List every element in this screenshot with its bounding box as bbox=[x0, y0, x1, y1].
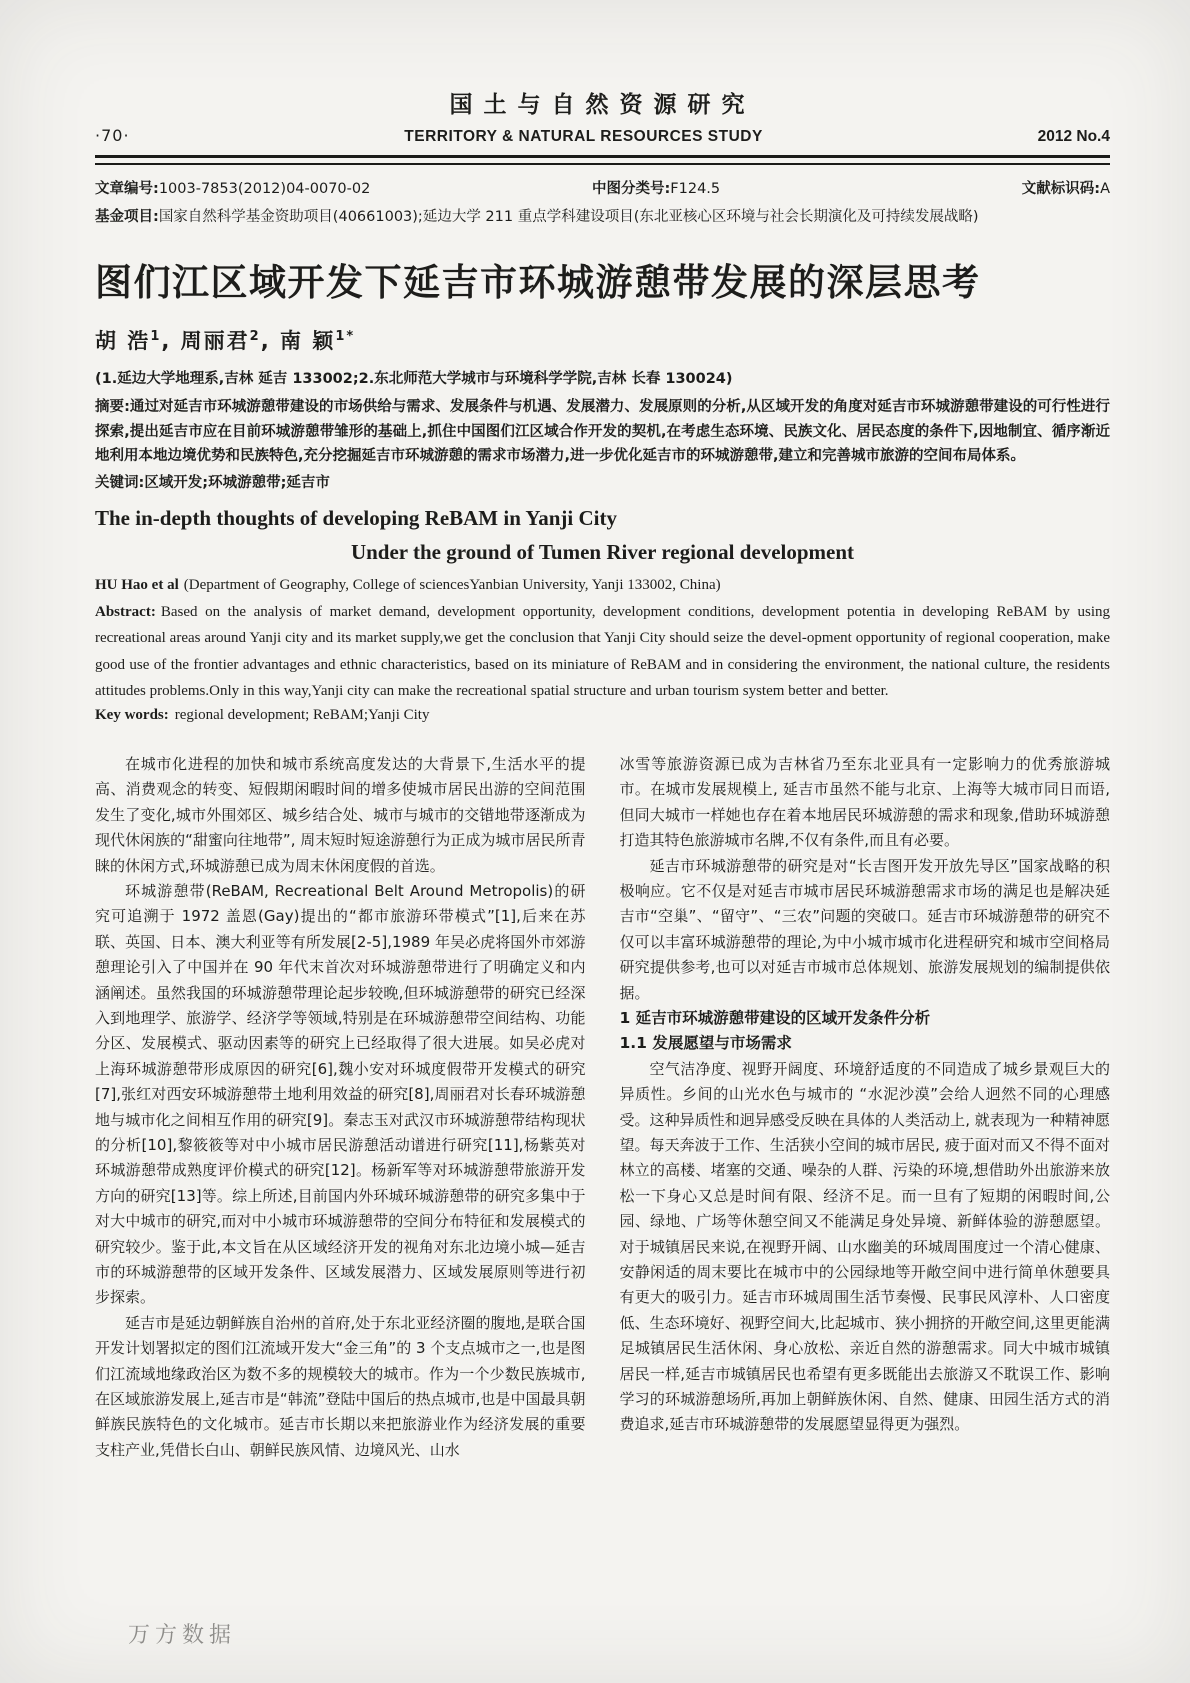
body-paragraph: 延吉市是延边朝鲜族自治州的首府,处于东北亚经济圈的腹地,是联合国开发计划署拟定的… bbox=[95, 1311, 586, 1463]
article-title-cn: 图们江区域开发下延吉市环城游憩带发展的深层思考 bbox=[95, 261, 1110, 305]
authors-affiliation-en: HU Hao et al(Department of Geography, Co… bbox=[95, 577, 1110, 594]
fund-project: 基金项目:国家自然科学基金资助项目(40661003);延边大学 211 重点学… bbox=[95, 204, 1110, 231]
journal-title-cn: 国土与自然资源研究 bbox=[95, 86, 1110, 119]
document-code: 文献标识码:A bbox=[1022, 177, 1110, 198]
body-paragraph: 环城游憩带(ReBAM, Recreational Belt Around Me… bbox=[95, 879, 586, 1311]
author-superscript: 1* bbox=[335, 329, 355, 344]
author-superscript: 1 bbox=[150, 329, 161, 344]
right-column: 冰雪等旅游资源已成为吉林省乃至东北亚具有一定影响力的优秀旅游城市。在城市发展规模… bbox=[620, 752, 1111, 1463]
title-en-line1: The in-depth thoughts of developing ReBA… bbox=[95, 506, 1110, 531]
author-line: 胡 浩1, 周丽君2, 南 颖1* bbox=[95, 325, 1110, 355]
body-paragraph: 空气洁净度、视野开阔度、环境舒适度的不同造成了城乡景观巨大的异质性。乡间的山光水… bbox=[620, 1057, 1111, 1438]
body-columns: 在城市化进程的加快和城市系统高度发达的大背景下,生活水平的提高、消费观念的转变、… bbox=[95, 752, 1110, 1463]
page-number: ·70· bbox=[95, 126, 130, 145]
article-meta: 文章编号:1003-7853(2012)04-0070-02 中图分类号:F12… bbox=[95, 177, 1110, 231]
body-paragraph: 冰雪等旅游资源已成为吉林省乃至东北亚具有一定影响力的优秀旅游城市。在城市发展规模… bbox=[620, 752, 1111, 854]
subsection-heading: 1.1 发展愿望与市场需求 bbox=[620, 1031, 1111, 1056]
author: 南 颖1* bbox=[280, 329, 355, 353]
author: 胡 浩1, bbox=[95, 329, 171, 353]
header-divider bbox=[95, 155, 1110, 165]
section-heading: 1 延吉市环城游憩带建设的区域开发条件分析 bbox=[620, 1006, 1111, 1031]
journal-title-en: TERRITORY & NATURAL RESOURCES STUDY bbox=[404, 128, 763, 146]
article-title-en: The in-depth thoughts of developing ReBA… bbox=[95, 506, 1110, 565]
keywords-en: Key words:regional development; ReBAM;Ya… bbox=[95, 707, 1110, 724]
journal-header: 国土与自然资源研究 ·70· TERRITORY & NATURAL RESOU… bbox=[95, 86, 1110, 165]
scanned-paper-page: 国土与自然资源研究 ·70· TERRITORY & NATURAL RESOU… bbox=[0, 0, 1190, 1683]
wanfang-watermark: 万方数据 bbox=[128, 1618, 236, 1649]
article-id: 文章编号:1003-7853(2012)04-0070-02 bbox=[95, 177, 370, 198]
keywords-cn: 关键词:区域开发;环城游憩带;延吉市 bbox=[95, 471, 1110, 492]
left-column: 在城市化进程的加快和城市系统高度发达的大背景下,生活水平的提高、消费观念的转变、… bbox=[95, 752, 586, 1463]
affiliation-cn: (1.延边大学地理系,吉林 延吉 133002;2.东北师范大学城市与环境科学学… bbox=[95, 367, 1110, 388]
issue-number: 2012 No.4 bbox=[1038, 128, 1110, 146]
abstract-cn: 摘要:通过对延吉市环城游憩带建设的市场供给与需求、发展条件与机遇、发展潜力、发展… bbox=[95, 395, 1110, 469]
abstract-en: Abstract:Based on the analysis of market… bbox=[95, 599, 1110, 705]
meta-row: 文章编号:1003-7853(2012)04-0070-02 中图分类号:F12… bbox=[95, 177, 1110, 198]
clc-number: 中图分类号:F124.5 bbox=[592, 177, 720, 198]
body-paragraph: 在城市化进程的加快和城市系统高度发达的大背景下,生活水平的提高、消费观念的转变、… bbox=[95, 752, 586, 879]
author: 周丽君2, bbox=[181, 329, 271, 353]
author-superscript: 2 bbox=[250, 329, 261, 344]
title-en-line2: Under the ground of Tumen River regional… bbox=[95, 540, 1110, 565]
journal-subheader-row: ·70· TERRITORY & NATURAL RESOURCES STUDY… bbox=[95, 126, 1110, 146]
body-paragraph: 延吉市环城游憩带的研究是对“长吉图开发开放先导区”国家战略的积极响应。它不仅是对… bbox=[620, 854, 1111, 1006]
